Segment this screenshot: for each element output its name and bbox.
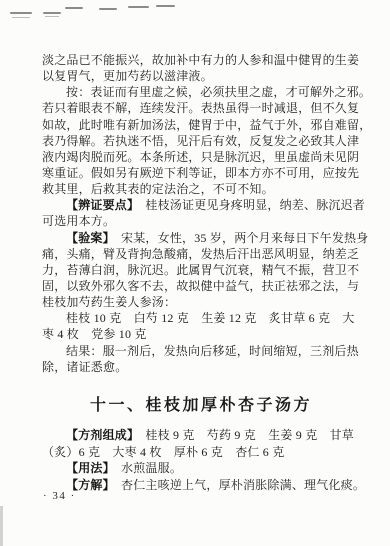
text-line: 如故，此时唯有新加汤法，健胃于中，益气于外，邪自难留，: [42, 117, 360, 133]
scan-artifact-smudge: [12, 17, 30, 18]
text-line: 枣 4 枚 党参 10 克: [42, 326, 360, 342]
section-label: 【用法】: [66, 461, 109, 475]
text-line: 【验案】 宋某，女性，35 岁，两个月来每日下午发热身: [42, 230, 360, 246]
text-line: 救其里，后救其表的定法治之，不可不知。: [42, 181, 360, 197]
section-label: 【辨证要点】: [66, 198, 133, 212]
body-text: 淡之品已不能振兴，故加补中有力的人参和温中健胃的生姜 以复胃气，更加芍药以滋津液…: [42, 52, 360, 375]
text-line: 结果：服一剂后，发热向后移延，时间缩短，三剂后热: [42, 343, 360, 359]
line-text: 杏仁主咳逆上气，厚朴消胀除满、理气化痰。: [109, 478, 365, 492]
text-line: 【方解】 杏仁主咳逆上气，厚朴消胀除满、理气化痰。: [42, 477, 360, 494]
text-line: 桂枝加芍药生姜人参汤：: [42, 294, 360, 310]
text-line: 力，苔薄白润，脉沉迟。此属胃气沉衰，精气不振，营卫不: [42, 262, 360, 278]
text-line: 除，诸证悉愈。: [42, 359, 360, 375]
text-line: 淡之品已不能振兴，故加补中有力的人参和温中健胃的生姜: [42, 52, 360, 68]
text-line: 液内竭肉脱而死。本条所述，只是脉沉迟，里虽虚尚未见阴: [42, 149, 360, 165]
scan-artifact-dash: [128, 6, 149, 8]
page-number: · 34 ·: [43, 490, 76, 502]
text-line: 痛，头痛，臂及背拘急酸痛，发热后汗出恶风明显，纳差乏: [42, 246, 360, 262]
scan-artifact-dash: [99, 8, 117, 10]
text-line: （炙）6 克 大枣 4 枚 厚朴 6 克 杏仁 6 克: [42, 444, 360, 461]
text-line: 桂枝 10 克 白芍 12 克 生姜 12 克 炙甘草 6 克 大: [42, 310, 360, 326]
scan-artifact-dash: [156, 5, 175, 7]
text-line: 【辨证要点】 桂枝汤证更见身疼明显，纳差、脉沉迟者: [42, 197, 360, 213]
scanned-book-page: 淡之品已不能振兴，故加补中有力的人参和温中健胃的生姜 以复胃气，更加芍药以滋津液…: [0, 0, 390, 546]
text-line: 若只着眼表不解，连续发汗。表热虽得一时减退，但不久复: [42, 100, 360, 116]
scan-artifact-smudge: [45, 16, 59, 17]
text-line: 固，以致外邪久客不去，故拟健中益气，扶正祛邪之法，与: [42, 278, 360, 294]
section-label: 【验案】: [66, 231, 109, 245]
line-text: 桂枝 9 克 芍药 9 克 生姜 9 克 甘草: [133, 428, 354, 442]
chapter-heading: 十一、桂枝加厚朴杏子汤方: [42, 392, 360, 415]
text-line: 可选用本方。: [42, 213, 360, 229]
line-text: 桂枝汤证更见身疼明显，纳差、脉沉迟者: [133, 198, 365, 212]
section-text: 【方剂组成】 桂枝 9 克 芍药 9 克 生姜 9 克 甘草 （炙）6 克 大枣…: [42, 427, 360, 493]
section-label: 【方剂组成】: [66, 428, 133, 442]
text-line: 寒重证。假如另有厥逆下利等证，即本方亦不可用，应按先: [42, 165, 360, 181]
text-line: 表乃得解。若执迷不悟，见汗后有效，反复发之必致其人津: [42, 133, 360, 149]
scan-artifact-dash: [10, 12, 32, 14]
text-line: 按：表证而有里虚之候，必须扶里之虚，才可解外之邪。: [42, 84, 360, 100]
line-text: 宋某，女性，35 岁，两个月来每日下午发热身: [109, 231, 369, 245]
line-text: 水煎温服。: [109, 461, 182, 475]
text-line: 【方剂组成】 桂枝 9 克 芍药 9 克 生姜 9 克 甘草: [42, 427, 360, 444]
scan-artifact-dash: [65, 7, 83, 9]
scan-artifact-dash: [43, 12, 61, 14]
text-line: 【用法】 水煎温服。: [42, 460, 360, 477]
text-line: 以复胃气，更加芍药以滋津液。: [42, 68, 360, 84]
scan-edge-mark: [0, 506, 3, 546]
